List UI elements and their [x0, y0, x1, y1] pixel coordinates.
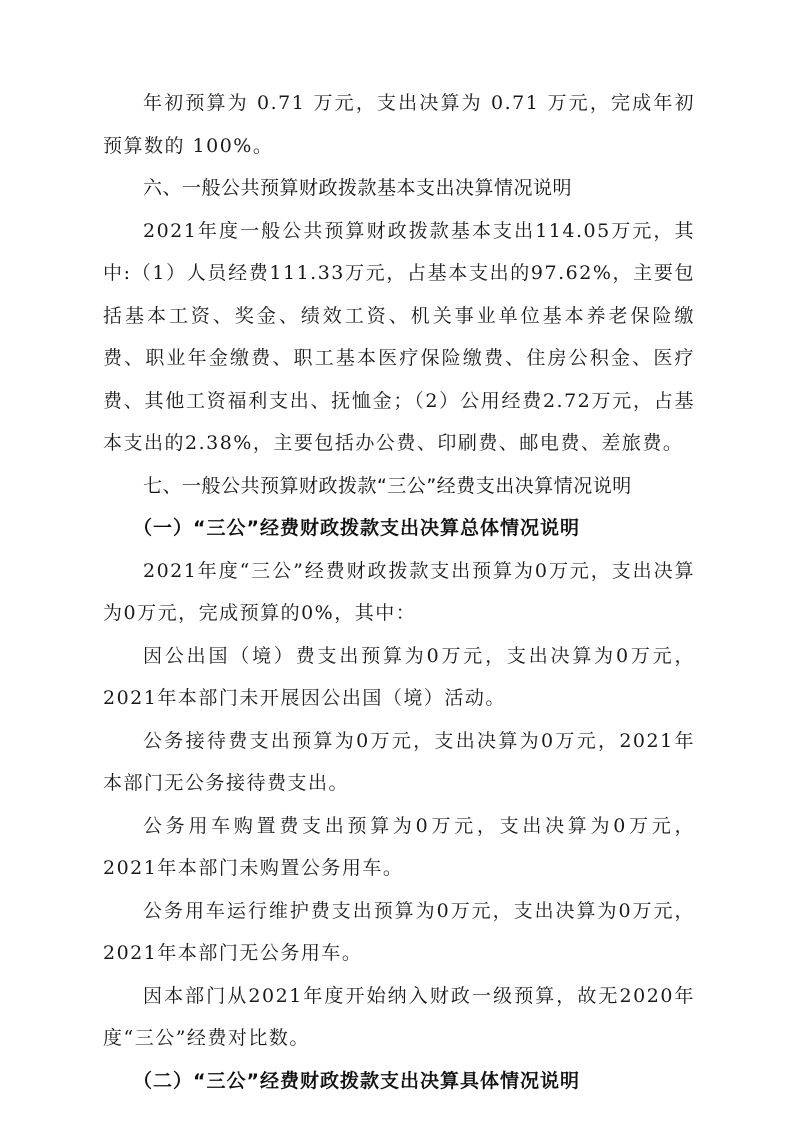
body-paragraph: 因本部门从2021年度开始纳入财政一级预算，故无2020年度“三公”经费对比数。 — [103, 975, 695, 1060]
body-paragraph: 2021年度“三公”经费财政拨款支出预算为0万元，支出决算为0万元，完成预算的0… — [103, 550, 695, 635]
body-paragraph: 公务用车运行维护费支出预算为0万元，支出决算为0万元，2021年本部门无公务用车… — [103, 890, 695, 975]
body-paragraph: 年初预算为 0.71 万元，支出决算为 0.71 万元，完成年初预算数的 100… — [103, 82, 695, 167]
subsection-heading-2: （二）“三公”经费财政拨款支出决算具体情况说明 — [103, 1060, 695, 1103]
document-page: 年初预算为 0.71 万元，支出决算为 0.71 万元，完成年初预算数的 100… — [103, 82, 695, 1102]
body-paragraph: 公务接待费支出预算为0万元，支出决算为0万元，2021年本部门无公务接待费支出。 — [103, 720, 695, 805]
section-heading-7: 七、一般公共预算财政拨款“三公”经费支出决算情况说明 — [103, 465, 695, 508]
section-heading-6: 六、一般公共预算财政拨款基本支出决算情况说明 — [103, 167, 695, 210]
subsection-heading-1: （一）“三公”经费财政拨款支出决算总体情况说明 — [103, 507, 695, 550]
body-paragraph: 2021年度一般公共预算财政拨款基本支出114.05万元，其中:（1）人员经费1… — [103, 210, 695, 465]
body-paragraph: 因公出国（境）费支出预算为0万元，支出决算为0万元，2021年本部门未开展因公出… — [103, 635, 695, 720]
body-paragraph: 公务用车购置费支出预算为0万元，支出决算为0万元，2021年本部门未购置公务用车… — [103, 805, 695, 890]
